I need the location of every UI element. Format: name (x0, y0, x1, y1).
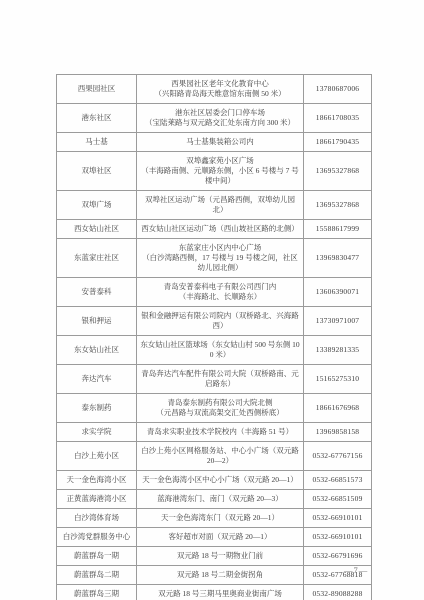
table-row: 正黄蓝海港湾小区 蓝海港湾东门、南门（双元路 20—3） 0532-668515… (57, 490, 372, 509)
site-name-cell: 蔚蓝群岛三期 (57, 585, 137, 600)
site-name-cell: 东蓝家庄社区 (57, 239, 137, 278)
address-cell: 青岛求实职业技术学院校内（丰海路 51 号） (137, 423, 304, 442)
address-cell: 双元路 18 号三期马里奥商业街南广场 (137, 585, 304, 600)
address-cell: 双元路 18 号二期金街拐角 (137, 566, 304, 585)
table-row: 双埠社区 双埠鑫家苑小区广场 （丰海路南侧、元顺路东侧，小区 6 号楼与 7 号… (57, 152, 372, 191)
table-row: 蔚蓝群岛三期 双元路 18 号三期马里奥商业街南广场 0532-89088288 (57, 585, 372, 600)
site-name-cell: 港东社区 (57, 104, 137, 133)
address-cell: 港东社区居委会门口停车场 （宝陆莱路与双元路交汇处东南方向 300 米） (137, 104, 304, 133)
site-name-cell: 正黄蓝海港湾小区 (57, 490, 137, 509)
table-row: 港东社区 港东社区居委会门口停车场 （宝陆莱路与双元路交汇处东南方向 300 米… (57, 104, 372, 133)
address-cell: 客好超市对面（双元路 20—1） (137, 528, 304, 547)
site-name-cell: 白沙湾体育场 (57, 509, 137, 528)
address-cell: 青岛奔达汽车配件有限公司大院（双桥路南、元启路东） (137, 365, 304, 394)
table-row: 银和押运 银和金融押运有限公司院内（双桥路北、兴海路西） 13730971007 (57, 307, 372, 336)
site-name-cell: 安普泰科 (57, 278, 137, 307)
phone-cell: 13389281335 (304, 336, 372, 365)
site-name-cell: 东女姑山社区 (57, 336, 137, 365)
table-row: 蔚蓝群岛二期 双元路 18 号二期金街拐角 0532-67768818 (57, 566, 372, 585)
address-cell: 西果园社区老年文化教育中心 （兴阳路青岛海天维意馆东南侧 50 米） (137, 75, 304, 104)
table-body: 西果园社区 西果园社区老年文化教育中心 （兴阳路青岛海天维意馆东南侧 50 米）… (57, 75, 372, 600)
site-name-cell: 蔚蓝群岛二期 (57, 566, 137, 585)
phone-cell: 0532-67767156 (304, 442, 372, 471)
phone-cell: 18661676968 (304, 394, 372, 423)
table-row: 双埠广场 双埠社区运动广场（元昌路西侧，双埠幼儿园北） 13695327868 (57, 191, 372, 220)
site-name-cell: 银和押运 (57, 307, 137, 336)
site-name-cell: 西果园社区 (57, 75, 137, 104)
phone-cell: 18661790435 (304, 133, 372, 152)
phone-cell: 0532-89088288 (304, 585, 372, 600)
table-row: 东蓝家庄社区 东蓝家庄小区内中心广场 （白沙湾路西侧，17 号楼与 19 号楼之… (57, 239, 372, 278)
site-name-cell: 天一金色海湾小区 (57, 471, 137, 490)
phone-cell: 13969858158 (304, 423, 372, 442)
site-name-cell: 马士基 (57, 133, 137, 152)
table-row: 东女姑山社区 东女姑山社区篮球场（东女姑山村 500 号东侧 100 米） 13… (57, 336, 372, 365)
phone-cell: 13730971007 (304, 307, 372, 336)
page-number: —7— (344, 565, 368, 575)
phone-cell: 13695327868 (304, 152, 372, 191)
phone-cell: 15165275310 (304, 365, 372, 394)
address-cell: 东女姑山社区篮球场（东女姑山村 500 号东侧 100 米） (137, 336, 304, 365)
phone-cell: 13780687006 (304, 75, 372, 104)
phone-cell: 18661708035 (304, 104, 372, 133)
phone-cell: 0532-66910101 (304, 528, 372, 547)
address-cell: 青岛泰东制药有限公司大院北侧 （元昌路与双流高架交汇处西侧桥底） (137, 394, 304, 423)
table-row: 蔚蓝群岛一期 双元路 18 号一期物业门前 0532-66791696 (57, 547, 372, 566)
address-cell: 天一金色海湾小区中心小广场（双元路 20—1） (137, 471, 304, 490)
address-cell: 天一金色海湾东门（双元路 20—1） (137, 509, 304, 528)
site-name-cell: 西女姑山社区 (57, 220, 137, 239)
address-cell: 青岛安普泰科电子有限公司西门内 （丰海路北、长顺路东） (137, 278, 304, 307)
table-row: 白沙上苑小区 白沙上苑小区网格服务站、中心小广场（双元路 20—2） 0532-… (57, 442, 372, 471)
table-row: 求实学院 青岛求实职业技术学院校内（丰海路 51 号） 13969858158 (57, 423, 372, 442)
site-name-cell: 白沙湾党群服务中心 (57, 528, 137, 547)
table-row: 马士基 马士基集装箱公司内 18661790435 (57, 133, 372, 152)
phone-cell: 13695327868 (304, 191, 372, 220)
site-name-cell: 求实学院 (57, 423, 137, 442)
phone-cell: 13606390071 (304, 278, 372, 307)
phone-cell: 0532-66910101 (304, 509, 372, 528)
phone-cell: 0532-66851509 (304, 490, 372, 509)
address-cell: 白沙上苑小区网格服务站、中心小广场（双元路 20—2） (137, 442, 304, 471)
address-cell: 银和金融押运有限公司院内（双桥路北、兴海路西） (137, 307, 304, 336)
address-cell: 双埠鑫家苑小区广场 （丰海路南侧、元顺路东侧，小区 6 号楼与 7 号楼中间） (137, 152, 304, 191)
table-row: 白沙湾体育场 天一金色海湾东门（双元路 20—1） 0532-66910101 (57, 509, 372, 528)
address-cell: 西女姑山社区运动广场（西山坡社区路的北侧） (137, 220, 304, 239)
document-page: 西果园社区 西果园社区老年文化教育中心 （兴阳路青岛海天维意馆东南侧 50 米）… (0, 0, 424, 600)
table-row: 天一金色海湾小区 天一金色海湾小区中心小广场（双元路 20—1） 0532-66… (57, 471, 372, 490)
table-row: 泰东制药 青岛泰东制药有限公司大院北侧 （元昌路与双流高架交汇处西侧桥底） 18… (57, 394, 372, 423)
site-name-cell: 奔达汽车 (57, 365, 137, 394)
phone-cell: 13969830477 (304, 239, 372, 278)
address-cell: 东蓝家庄小区内中心广场 （白沙湾路西侧，17 号楼与 19 号楼之间，社区幼儿园… (137, 239, 304, 278)
site-name-cell: 双埠社区 (57, 152, 137, 191)
parking-sites-table: 西果园社区 西果园社区老年文化教育中心 （兴阳路青岛海天维意馆东南侧 50 米）… (56, 74, 372, 600)
phone-cell: 15588617999 (304, 220, 372, 239)
table-row: 西女姑山社区 西女姑山社区运动广场（西山坡社区路的北侧） 15588617999 (57, 220, 372, 239)
address-cell: 双元路 18 号一期物业门前 (137, 547, 304, 566)
phone-cell: 0532-66851573 (304, 471, 372, 490)
phone-cell: 0532-66791696 (304, 547, 372, 566)
table-row: 安普泰科 青岛安普泰科电子有限公司西门内 （丰海路北、长顺路东） 1360639… (57, 278, 372, 307)
site-name-cell: 蔚蓝群岛一期 (57, 547, 137, 566)
site-name-cell: 双埠广场 (57, 191, 137, 220)
address-cell: 马士基集装箱公司内 (137, 133, 304, 152)
table-row: 西果园社区 西果园社区老年文化教育中心 （兴阳路青岛海天维意馆东南侧 50 米）… (57, 75, 372, 104)
table-row: 白沙湾党群服务中心 客好超市对面（双元路 20—1） 0532-66910101 (57, 528, 372, 547)
address-cell: 双埠社区运动广场（元昌路西侧，双埠幼儿园北） (137, 191, 304, 220)
site-name-cell: 白沙上苑小区 (57, 442, 137, 471)
table-row: 奔达汽车 青岛奔达汽车配件有限公司大院（双桥路南、元启路东） 151652753… (57, 365, 372, 394)
address-cell: 蓝海港湾东门、南门（双元路 20—3） (137, 490, 304, 509)
site-name-cell: 泰东制药 (57, 394, 137, 423)
